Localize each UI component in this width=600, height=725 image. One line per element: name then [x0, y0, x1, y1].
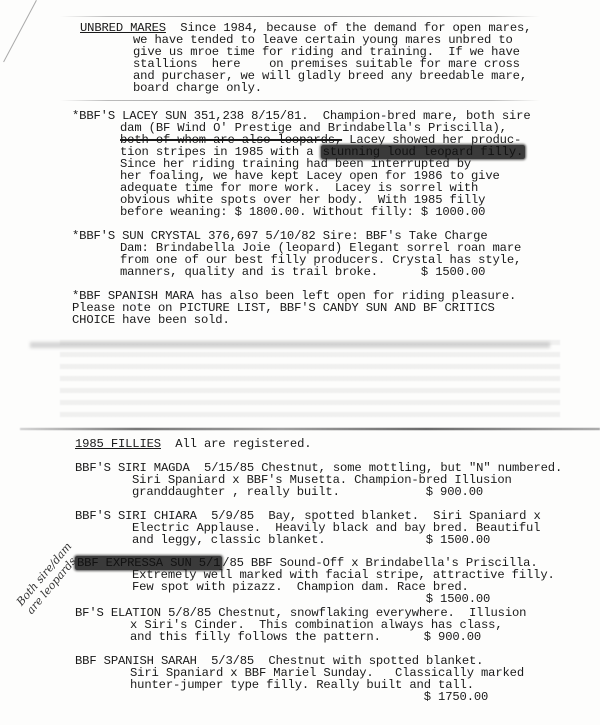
handwritten-margin-note: Both sire/dam are leopards: [14, 540, 84, 617]
fillies-heading-line: 1985 FILLIES All are registered.: [75, 438, 311, 450]
filly-price-line: $ 1500.00: [132, 593, 490, 605]
filly-price-line: and this filly follows the pattern. $ 90…: [130, 631, 481, 643]
spanish-mara-note: CHOICE have been sold.: [72, 314, 230, 326]
filly-price-line: and leggy, classic blanket. $ 1500.00: [132, 534, 490, 546]
fillies-heading: 1985 FILLIES: [75, 437, 161, 451]
lacey-price-line: before weaning: $ 1800.00. Without filly…: [120, 206, 485, 218]
page-tear-line: [20, 428, 600, 430]
filly-price-line: granddaughter , really built. $ 900.00: [132, 486, 483, 498]
unbred-mares-line: board charge only.: [133, 82, 262, 94]
scanned-document-page: UNBRED MARES Since 1984, because of the …: [0, 0, 600, 725]
bleed-through-texture: [60, 340, 560, 418]
fold-line: [60, 16, 540, 17]
filly-price-line: $ 1750.00: [130, 691, 488, 703]
fold-line: [60, 100, 540, 101]
page-edge-mark: [3, 0, 37, 62]
crystal-price-line: manners, quality and is trail broke. $ 1…: [120, 266, 485, 278]
fillies-subheading: All are registered.: [161, 437, 311, 451]
